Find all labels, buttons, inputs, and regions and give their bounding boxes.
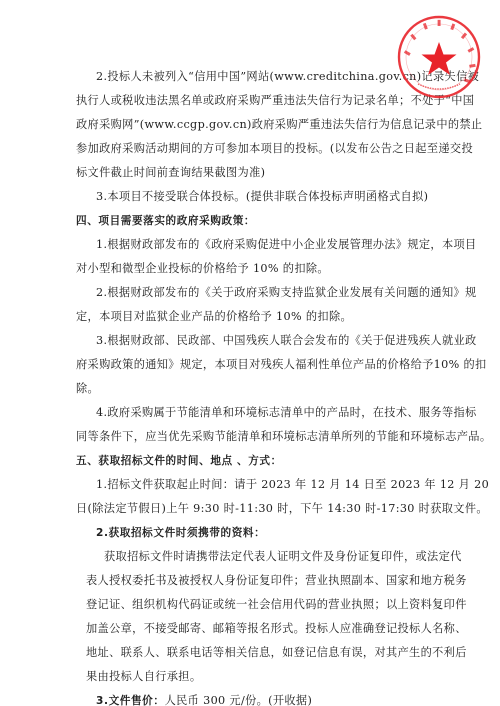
- section4-heading: 四、项目需要落实的政府采购政策：: [76, 214, 255, 228]
- s5-item3-line: 3.文件售价：人民币 300 元/份。(开收据): [96, 694, 312, 706]
- s4-item2-line-2: 定，本项目对监狱企业产品的价格给予 10% 的扣除。: [76, 310, 352, 324]
- svg-text:▮: ▮: [466, 46, 476, 54]
- s4-item1-line-2: 对小型和微型企业投标的价格给予 10% 的扣除。: [76, 262, 329, 276]
- s5-item2-heading: 2.获取招标文件时须携带的资料：: [96, 526, 265, 540]
- svg-text:▮: ▮: [468, 63, 478, 69]
- s5-item1-line-1: 1.招标文件获取起止时间：请于 2023 年 12 月 14 日至 2023 年…: [96, 478, 489, 492]
- item2-line-5: 标文件截止时间前查询结果截图为准): [76, 166, 265, 180]
- s4-item3-line-3: 除。: [76, 382, 99, 396]
- s4-item3-line-2: 府采购政策的通知》规定，本项目对残疾人福利性单位产品的价格给予10% 的扣: [76, 358, 487, 372]
- s5-item2-line-2: 表人授权委托书及被授权人身份证复印件；营业执照副本、国家和地方税务: [86, 574, 467, 588]
- price-label: 3.文件售价：: [96, 695, 165, 706]
- section5-heading: 五、获取招标文件的时间、地点 、方式：: [76, 454, 282, 468]
- s4-item3-line-1: 3.根据财政部、民政部、中国残疾人联合会发布的《关于促进残疾人就业政: [96, 334, 477, 348]
- s4-item4-line-1: 4.政府采购属于节能清单和环境标志清单中的产品时，在技术、服务等指标: [96, 406, 477, 420]
- s4-item2-line-1: 2.根据财政部发布的《关于政府采购支持监狱企业发展有关问题的通知》规: [96, 286, 477, 300]
- svg-text:▮: ▮: [437, 18, 441, 27]
- s4-item1-line-1: 1.根据财政部发布的《政府采购促进中小企业发展管理办法》规定，本项目: [96, 238, 477, 252]
- document-page: 2.投标人未被列入“信用中国”网站(www.creditchina.gov.cn…: [0, 0, 500, 706]
- s5-item1-line-2: 日(除法定节假日)上午 9:30 时-11:30 时，下午 14:30 时-17…: [76, 502, 488, 516]
- s5-item2-line-3: 登记证、组织机构代码证或统一社会信用代码的营业执照；以上资料复印件: [86, 598, 467, 612]
- item2-line-4: 参加政府采购活动期间的方可参加本项目的投标。(以发布公告之日起至递交投: [76, 142, 473, 156]
- s5-item2-line-5: 地址、联系人、联系电话等相关信息，如登记信息有误，对其产生的不利后: [86, 646, 467, 660]
- s4-item4-line-2: 同等条件下，应当优先采购节能清单和环境标志清单所列的节能和环境标志产品。: [76, 430, 491, 444]
- s5-item2-line-4: 加盖公章，不接受邮寄、邮箱等报名形式。投标人应准确登记投标人名称、: [86, 622, 467, 636]
- s5-item2-line-6: 果由投标人自行承担。: [86, 670, 201, 684]
- company-seal-icon: ▮ ▮ ▮ ▮ ▮ ▮ ▮ ▮ ▮: [396, 14, 482, 100]
- item3-line: 3.本项目不接受联合体投标。(提供非联合体投标声明函格式自拟): [96, 190, 428, 204]
- price-value: 人民币 300 元/份。(开收据): [165, 694, 313, 706]
- s5-item2-line-1: 获取招标文件时请携带法定代表人证明文件及身份证复印件，或法定代: [104, 550, 462, 564]
- svg-text:▮: ▮: [449, 21, 456, 31]
- item2-line-3: 政府采购网”(www.ccgp.gov.cn)政府采购严重违法失信行为信息记录中…: [76, 118, 482, 132]
